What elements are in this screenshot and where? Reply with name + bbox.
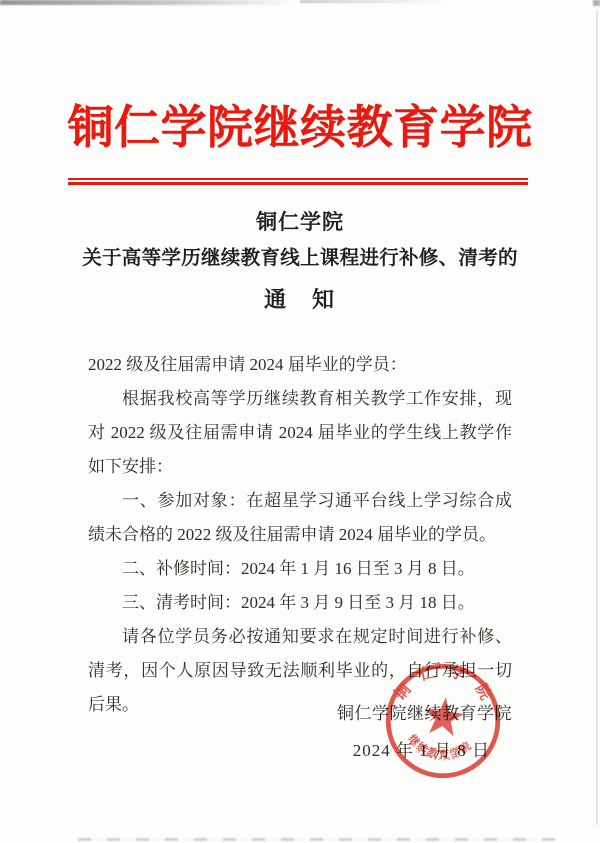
letterhead-divider-rule — [68, 178, 528, 185]
scanned-notice-document: 铜仁学院继续教育学院 铜仁学院 关于高等学历继续教育线上课程进行补修、清考的 通… — [0, 0, 600, 843]
item-2-makeup-period: 二、补修时间：2024 年 1 月 16 日至 3 月 8 日。 — [88, 552, 512, 586]
document-title-notice: 通 知 — [0, 283, 600, 314]
scan-artifact-top-smudge-2 — [300, 0, 450, 3]
letterhead-title: 铜仁学院继续教育学院 — [0, 96, 600, 160]
scan-artifact-bottom-band — [78, 838, 556, 841]
document-title-main: 关于高等学历继续教育线上课程进行补修、清考的 — [0, 242, 600, 270]
scan-artifact-corner-mark — [593, 0, 600, 6]
scan-artifact-top-smudge — [0, 0, 295, 5]
official-seal: 铜仁学院 继续教育学院 5206021085 — [374, 652, 512, 790]
intro-paragraph: 根据我校高等学历继续教育相关教学工作安排，现对 2022 级及往届需申请 202… — [88, 382, 512, 484]
item-3-exam-period: 三、清考时间：2024 年 3 月 9 日至 3 月 18 日。 — [88, 586, 512, 620]
salutation-line: 2022 级及往届需申请 2024 届毕业的学员： — [88, 348, 512, 382]
item-1-participants: 一、参加对象：在超星学习通平台线上学习综合成绩未合格的 2022 级及往届需申请… — [88, 484, 512, 552]
document-title-org: 铜仁学院 — [0, 206, 600, 236]
seal-star-icon — [422, 695, 466, 737]
